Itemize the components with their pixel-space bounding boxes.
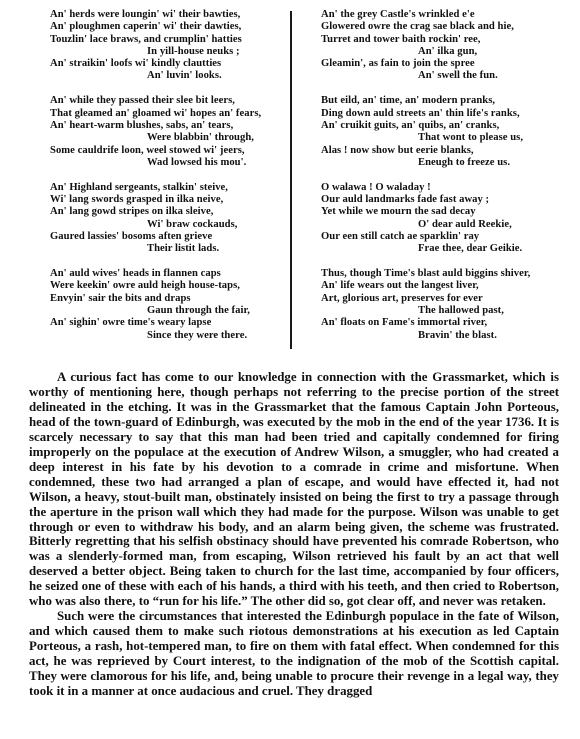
poem-line: An' luvin' looks.: [50, 70, 286, 82]
poem-line: Were blabbin' through,: [50, 132, 286, 144]
poem-line: An' ilka gun,: [321, 46, 571, 58]
stanza: An' the grey Castle's wrinkled e'eGlower…: [321, 9, 571, 83]
poem-line: Turret and tower baith rockin' ree,: [321, 34, 571, 46]
prose-paragraph-2: Such were the circumstances that interes…: [29, 609, 559, 699]
poem-line: The hallowed past,: [321, 305, 571, 317]
stanza: Thus, though Time's blast auld biggins s…: [321, 268, 571, 342]
poem-line: Gaured lassies' bosoms aften grieve: [50, 231, 286, 243]
poem-section: An' herds were loungin' wi' their bawtie…: [0, 9, 580, 354]
poem-line: Envyin' sair the bits and draps: [50, 293, 286, 305]
poem-right-column: An' the grey Castle's wrinkled e'eGlower…: [321, 9, 571, 355]
poem-line: An' lang gowd stripes on ilka sleive,: [50, 206, 286, 218]
poem-line: Thus, though Time's blast auld biggins s…: [321, 268, 571, 280]
poem-line: Wi' braw cockauds,: [50, 219, 286, 231]
poem-line: An' sighin' owre time's weary lapse: [50, 317, 286, 329]
poem-line: Art, glorious art, preserves for ever: [321, 293, 571, 305]
poem-line: O' dear auld Reekie,: [321, 219, 571, 231]
poem-line: An' while they passed their slee bit lee…: [50, 95, 286, 107]
poem-line: Alas ! now show but eerie blanks,: [321, 145, 571, 157]
poem-line: Yet while we mourn the sad decay: [321, 206, 571, 218]
stanza: An' herds were loungin' wi' their bawtie…: [50, 9, 286, 83]
poem-line: An' cruikit guits, an' quibs, an' cranks…: [321, 120, 571, 132]
prose-section: A curious fact has come to our knowledge…: [29, 370, 559, 699]
poem-line: An' heart-warm blushes, sabs, an' tears,: [50, 120, 286, 132]
poem-line: An' herds were loungin' wi' their bawtie…: [50, 9, 286, 21]
stanza: But eild, an' time, an' modern pranks,Di…: [321, 95, 571, 169]
poem-line: Were keekin' owre auld heigh house-taps,: [50, 280, 286, 292]
poem-line: Ding down auld streets an' thin life's r…: [321, 108, 571, 120]
poem-line: Our een still catch ae sparklin' ray: [321, 231, 571, 243]
poem-line: Gaun through the fair,: [50, 305, 286, 317]
poem-line: Our auld landmarks fade fast away ;: [321, 194, 571, 206]
poem-line: An' Highland sergeants, stalkin' steive,: [50, 182, 286, 194]
stanza: An' while they passed their slee bit lee…: [50, 95, 286, 169]
poem-line: An' life wears out the langest liver,: [321, 280, 571, 292]
stanza: An' Highland sergeants, stalkin' steive,…: [50, 182, 286, 256]
poem-line: Frae thee, dear Geikie.: [321, 243, 571, 255]
poem-line: Touzlin' lace braws, and crumplin' hatti…: [50, 34, 286, 46]
poem-line: Eneugh to freeze us.: [321, 157, 571, 169]
poem-line: An' floats on Fame's immortal river,: [321, 317, 571, 329]
poem-line: But eild, an' time, an' modern pranks,: [321, 95, 571, 107]
poem-line: Their listit lads.: [50, 243, 286, 255]
poem-line: Bravin' the blast.: [321, 330, 571, 342]
poem-line: Some cauldrife loon, weel stowed wi' jee…: [50, 145, 286, 157]
column-divider: [290, 11, 292, 349]
poem-line: An' the grey Castle's wrinkled e'e: [321, 9, 571, 21]
poem-line: An' auld wives' heads in flannen caps: [50, 268, 286, 280]
poem-line: An' straikin' loofs wi' kindly clautties: [50, 58, 286, 70]
poem-line: That wont to please us,: [321, 132, 571, 144]
poem-line: Glowered owre the crag sae black and hie…: [321, 21, 571, 33]
poem-line: O walawa ! O waladay !: [321, 182, 571, 194]
poem-line: An' ploughmen caperin' wi' their dawties…: [50, 21, 286, 33]
poem-line: Gleamin', as fain to join the spree: [321, 58, 571, 70]
stanza: O walawa ! O waladay !Our auld landmarks…: [321, 182, 571, 256]
poem-left-column: An' herds were loungin' wi' their bawtie…: [50, 9, 286, 355]
prose-paragraph-1: A curious fact has come to our knowledge…: [29, 370, 559, 609]
poem-line: An' swell the fun.: [321, 70, 571, 82]
poem-line: In yill-house neuks ;: [50, 46, 286, 58]
poem-line: Since they were there.: [50, 330, 286, 342]
poem-line: Wad lowsed his mou'.: [50, 157, 286, 169]
poem-line: Wi' lang swords grasped in ilka neive,: [50, 194, 286, 206]
stanza: An' auld wives' heads in flannen capsWer…: [50, 268, 286, 342]
poem-line: That gleamed an' gloamed wi' hopes an' f…: [50, 108, 286, 120]
